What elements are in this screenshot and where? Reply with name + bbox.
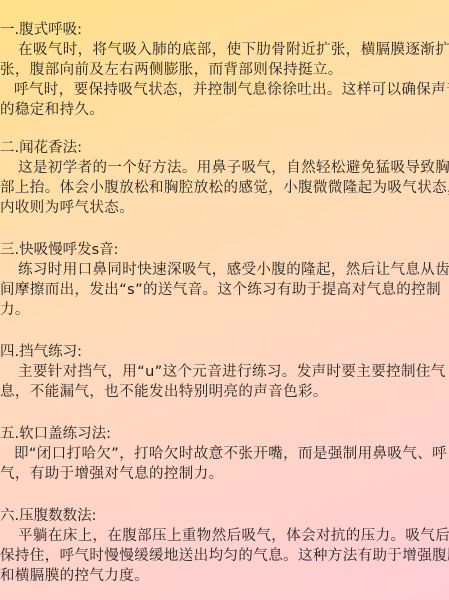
paragraph-line: 和横膈膜的控气力度。 — [0, 566, 449, 586]
paragraph-line: 平躺在床上，在腹部压上重物然后吸气，体会对抗的压力。吸气后 — [0, 526, 449, 546]
section-block-breath: 四.挡气练习: 主要针对挡气，用“u”这个元音进行练习。发声时要主要控制住气 息… — [0, 342, 449, 402]
section-heading: 二.闻花香法: — [0, 138, 449, 158]
section-press-abdomen-count: 六.压腹数数法: 平躺在床上，在腹部压上重物然后吸气，体会对抗的压力。吸气后 保… — [0, 506, 449, 586]
spacer — [0, 484, 449, 506]
paragraph-line: 练习时用口鼻同时快速深吸气，感受小腹的隆起，然后让气息从齿 — [0, 260, 449, 280]
paragraph-line: 力。 — [0, 300, 449, 320]
section-abdominal-breathing: 一.腹式呼吸: 在吸气时，将气吸入肺的底部，使下肋骨附近扩张，横膈膜逐渐扩 张，… — [0, 20, 449, 120]
paragraph-line: 即“闭口打哈欠”，打哈欠时故意不张开嘴，而是强制用鼻吸气、呼 — [0, 444, 449, 464]
paragraph-line: 的稳定和持久。 — [0, 100, 449, 120]
paragraph-line: 呼气时，要保持吸气状态，并控制气息徐徐吐出。这样可以确保声音 — [0, 80, 449, 100]
section-fast-inhale-s-sound: 三.快吸慢呼发s音: 练习时用口鼻同时快速深吸气，感受小腹的隆起，然后让气息从齿… — [0, 240, 449, 320]
paragraph-line: 张，腹部向前及左右两侧膨胀，而背部则保持挺立。 — [0, 60, 449, 80]
section-heading: 五.软口盖练习法: — [0, 424, 449, 444]
section-heading: 六.压腹数数法: — [0, 506, 449, 526]
section-heading: 一.腹式呼吸: — [0, 20, 449, 40]
section-heading: 三.快吸慢呼发s音: — [0, 240, 449, 260]
spacer — [0, 218, 449, 240]
paragraph-line: 主要针对挡气，用“u”这个元音进行练习。发声时要主要控制住气 — [0, 362, 449, 382]
paragraph-line: 在吸气时，将气吸入肺的底部，使下肋骨附近扩张，横膈膜逐渐扩 — [0, 40, 449, 60]
section-soft-palate: 五.软口盖练习法: 即“闭口打哈欠”，打哈欠时故意不张开嘴，而是强制用鼻吸气、呼… — [0, 424, 449, 484]
paragraph-line: 气，有助于增强对气息的控制力。 — [0, 464, 449, 484]
paragraph-line: 息，不能漏气，也不能发出特别明亮的声音色彩。 — [0, 382, 449, 402]
paragraph-line: 间摩擦而出，发出“s”的送气音。这个练习有助于提高对气息的控制 — [0, 280, 449, 300]
section-smell-flower: 二.闻花香法: 这是初学者的一个好方法。用鼻子吸气，自然轻松避免猛吸导致胸 部上… — [0, 138, 449, 218]
spacer — [0, 320, 449, 342]
spacer — [0, 402, 449, 424]
spacer — [0, 120, 449, 138]
paragraph-line: 保持住，呼气时慢慢缓缓地送出均匀的气息。这种方法有助于增强腹肌 — [0, 546, 449, 566]
paragraph-line: 内收则为呼气状态。 — [0, 198, 449, 218]
paragraph-line: 这是初学者的一个好方法。用鼻子吸气，自然轻松避免猛吸导致胸 — [0, 158, 449, 178]
section-heading: 四.挡气练习: — [0, 342, 449, 362]
breathing-exercises-document: 一.腹式呼吸: 在吸气时，将气吸入肺的底部，使下肋骨附近扩张，横膈膜逐渐扩 张，… — [0, 20, 449, 586]
paragraph-line: 部上抬。体会小腹放松和胸腔放松的感觉，小腹微微隆起为吸气状态， — [0, 178, 449, 198]
